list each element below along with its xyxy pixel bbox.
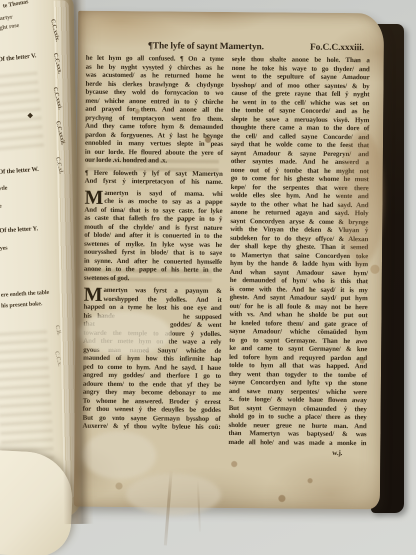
table-colophon-line: his present boke. — [1, 301, 43, 309]
show-through-text — [0, 71, 44, 155]
page-title: ¶The lyfe of saynt Mamertyn. — [148, 41, 264, 52]
chapter-rubric: ¶ Here foloweth ẏ lyf of sayt Mamertyn A… — [85, 169, 223, 187]
folio-number: Fo.C.C.xxxiii. — [310, 43, 364, 53]
table-colophon-line: ere endeth the table — [1, 290, 50, 299]
initial-letter: M — [84, 287, 103, 304]
right-column: seyle thou shalte anone be hole. Than a … — [228, 56, 369, 458]
paper-crease — [164, 469, 173, 545]
paragraph: seyle thou shalte anone be hole. Than a … — [228, 56, 369, 448]
paragraph: happed on a tyme he lost his one eye and… — [83, 304, 222, 433]
text-columns: he let hym go all confused. ¶ On a tyme … — [82, 55, 369, 458]
running-header: ¶The lyfe of saynt Mamertyn. Fo.C.C.xxxi… — [86, 41, 370, 53]
index-heading-letter-w: Of the letter W. — [0, 166, 39, 176]
previous-page-leaf: te Thomas martyr lyght rose Of the lette… — [0, 0, 84, 522]
paragraph-last-line: swetenes of god. — [84, 274, 222, 284]
dropcap-paragraph: M amertyn is sayd of mama. whi che is as… — [84, 189, 222, 207]
dropcap-paragraph: M amertyn was fyrst a paynym & worshyppe… — [84, 287, 222, 305]
paragraph: amertyn is sayd of mama. whi che is as m… — [104, 189, 222, 207]
index-heading-letter-v: Of the letter V. — [0, 52, 37, 63]
index-entry-fragment: martyr — [0, 14, 13, 22]
paragraph-last-line: our lorde .vi. hondred and .x. — [85, 157, 223, 167]
index-entry-fragment: yes — [0, 246, 8, 252]
index-heading-letter-y: Of the letter Y. — [0, 225, 38, 234]
printers-leaf-icon: ❖ — [27, 112, 33, 120]
index-entry-fragment: e — [0, 204, 2, 210]
index-entry-fragment: yde — [0, 186, 7, 192]
book-page: ¶The lyfe of saynt Mamertyn. Fo.C.C.xxxi… — [74, 11, 384, 510]
paper-crease — [197, 480, 201, 532]
photo-stage: te Thomas martyr lyght rose Of the lette… — [0, 0, 416, 555]
signature-mark: w.j. — [228, 448, 366, 458]
paper-abrasion — [126, 473, 221, 516]
index-entry-fragment: te Thomas — [2, 0, 28, 10]
initial-letter: M — [84, 189, 103, 206]
paragraph: And of tima/ that is to saye caste. for … — [84, 206, 223, 275]
left-column: he let hym go all confused. ¶ On a tyme … — [82, 55, 223, 457]
paragraph: he let hym go all confused. ¶ On a tyme … — [85, 55, 224, 158]
index-entry-fragment: lyght rose — [0, 23, 20, 32]
paragraph: amertyn was fyrst a paynym & worshypped … — [103, 287, 221, 305]
